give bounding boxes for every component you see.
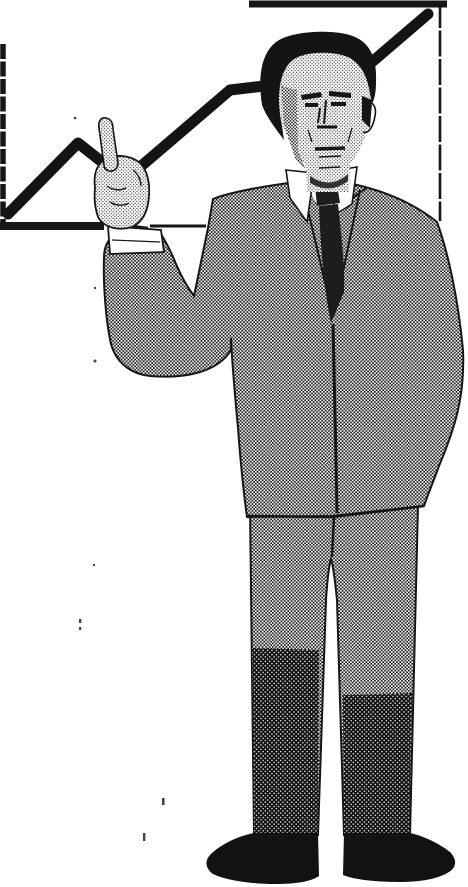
pointing-hand xyxy=(95,118,164,254)
speck xyxy=(79,627,81,630)
clipart-canvas xyxy=(0,0,468,887)
speck xyxy=(93,564,95,566)
right-shoe xyxy=(343,833,455,882)
speck xyxy=(94,360,97,363)
speck xyxy=(94,287,96,289)
speck xyxy=(74,117,77,120)
speck xyxy=(79,619,81,623)
trouser-right-dark-shading xyxy=(343,693,412,834)
speck xyxy=(162,798,165,805)
trouser-left-dark-shading xyxy=(252,648,319,834)
illustration-svg xyxy=(0,0,468,887)
left-shoe xyxy=(206,833,319,884)
mouth xyxy=(315,148,345,149)
left-eye xyxy=(305,103,318,107)
head xyxy=(260,32,376,192)
right-eye xyxy=(331,102,346,106)
fist xyxy=(95,156,150,229)
speck xyxy=(143,833,145,841)
